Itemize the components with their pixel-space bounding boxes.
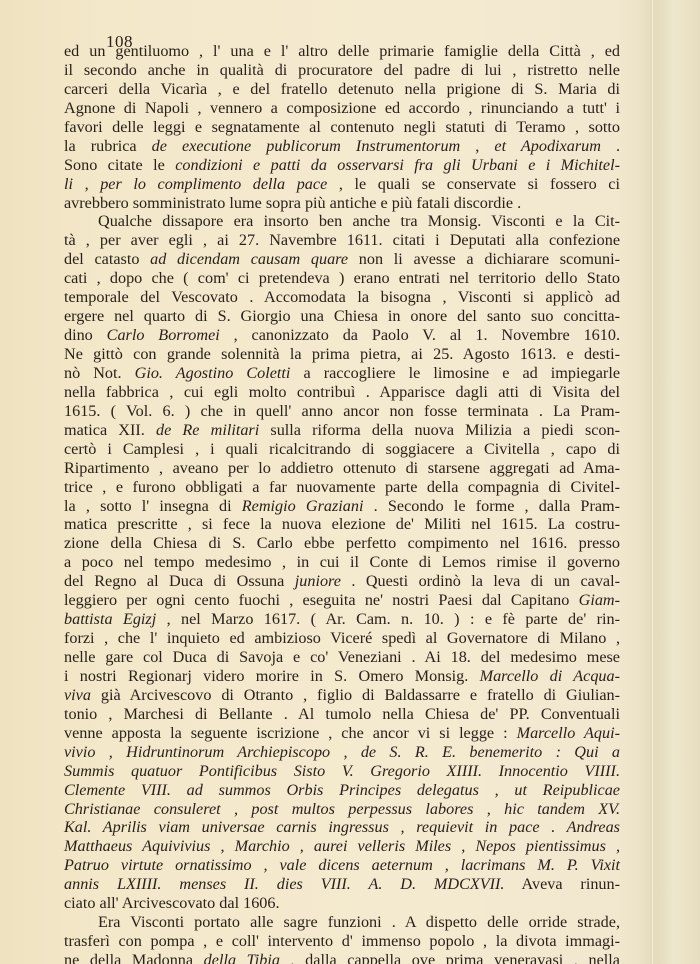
text-segment: avrebbero somministrato lume sopra più a… [64,194,521,212]
italic-text: ad dicendam causam quare [150,250,348,268]
text-line: matica XII. de Re militari sulla riforma… [64,421,620,440]
italic-text: condizioni e patti da osservarsi fra gli… [175,156,620,174]
text-line: del catasto ad dicendam causam quare non… [64,250,620,269]
text-line: vivio , Hidruntinorum Archiepiscopo , de… [64,743,620,762]
text-segment: Qualche dissapore era insorto ben anche … [98,212,620,230]
text-line: favori delle leggi e segnatamente al con… [64,118,620,137]
text-line: la rubrica de executione publicorum Inst… [64,137,620,156]
text-segment: Agnone di Napoli , vennero a composizion… [64,99,620,117]
text-segment: ciato all' Arcivescovato dal 1606. [64,894,280,912]
text-segment: , [460,137,494,155]
page-edge-shadow [640,0,700,964]
text-segment: non li avesse a dichiarare scomuni- [348,250,620,268]
text-line: nelle gare col Duca di Savoja e co' Vene… [64,648,620,667]
text-line: cati , dopo che ( com' ci pretendeva ) e… [64,269,620,288]
text-segment: Ripartimento , aveano per lo addietro ot… [64,459,620,477]
text-segment: , canonizzato da Paolo V. al 1. Novembre… [220,326,620,344]
text-line: Era Visconti portato alle sagre funzioni… [64,913,620,932]
text-segment: ed un gentiluomo , l' una e l' altro del… [64,42,620,60]
text-line: temporale del Vescovato . Accomodata la … [64,288,620,307]
text-segment: , nel Marzo 1617. ( Ar. Cam. n. 10. ) : … [156,610,620,628]
text-line: il secondo anche in qualità di procurato… [64,61,620,80]
italic-text: li , per lo complimento della pace [64,175,327,193]
text-segment: carceri della Vicarìa , e del fratello d… [64,80,620,98]
text-segment: Ne gittò con grande solennità la prima p… [64,345,620,363]
text-segment: . Questi ordinò la leva di un caval- [341,572,620,590]
text-segment: nella fabbrica , cui egli molto contribu… [64,383,620,401]
text-segment: a poco nel tempo medesimo , in cui il Co… [64,553,620,571]
italic-text: Marcello Aqui- [517,724,620,742]
text-line: zione della Chiesa di S. Carlo ebbe perf… [64,534,620,553]
text-line: Summis quatuor Pontificibus Sisto V. Gre… [64,762,620,781]
text-line: ed un gentiluomo , l' una e l' altro del… [64,42,620,61]
text-line: avrebbero somministrato lume sopra più a… [64,194,620,213]
text-segment: favori delle leggi e segnatamente al con… [64,118,620,136]
italic-text: Clemente VIII. ad summos Orbis Principes… [64,781,620,799]
text-line: Matthaeus Aquivivius , Marchio , aurei v… [64,837,620,856]
text-segment: i nostri Regionarj videro morire in S. O… [64,667,480,685]
text-line: Qualche dissapore era insorto ben anche … [64,212,620,231]
italic-text: viva [64,686,91,704]
text-segment: ne della Madonna [64,951,204,964]
text-segment: nò Not. [64,364,135,382]
text-segment: del Regno al Duca di Ossuna [64,572,295,590]
italic-text: Marcello di Acqua- [480,667,620,685]
text-line: matica prescritte , si fece la nuova ele… [64,515,620,534]
italic-text: della Tibia [204,951,280,964]
italic-text: juniore [295,572,341,590]
text-segment: ergere nel quarto di S. Giorgio una Chie… [64,307,620,325]
italic-text: Kal. Aprilis viam universae carnis ingre… [64,818,620,836]
text-segment: cati , dopo che ( com' ci pretendeva ) e… [64,269,620,287]
italic-text: Christianae consuleret , post multos per… [64,800,620,818]
text-segment: tonio , Marchesi di Bellante . Al tumolo… [64,705,620,723]
text-segment: il secondo anche in qualità di procurato… [64,61,620,79]
italic-text: Summis quatuor Pontificibus Sisto V. Gre… [64,762,620,780]
text-line: venne apposta la seguente iscrizione , c… [64,724,620,743]
text-line: leggiero per ogni cento fuochi , eseguit… [64,591,620,610]
italic-text: Giam- [579,591,620,609]
text-line: li , per lo complimento della pace , le … [64,175,620,194]
text-line: Sono citate le condizioni e patti da oss… [64,156,620,175]
text-segment: . Secondo le forme , dalla Pram- [364,497,621,515]
text-line: trice , e furono obbligati a far nuovame… [64,478,620,497]
text-segment: tà , per aver egli , ai 27. Navembre 161… [64,231,620,249]
italic-text: Patruo virtute ornatissimo , vale dicens… [64,856,620,874]
text-line: viva già Arcivescovo di Otranto , figlio… [64,686,620,705]
text-line: tà , per aver egli , ai 27. Navembre 161… [64,231,620,250]
text-segment: . [601,137,620,155]
text-line: Clemente VIII. ad summos Orbis Principes… [64,781,620,800]
text-line: trasferì con pompa , e coll' intervento … [64,932,620,951]
text-line: 1615. ( Vol. 6. ) che in quell' anno anc… [64,402,620,421]
text-line: Ripartimento , aveano per lo addietro ot… [64,459,620,478]
text-line: tonio , Marchesi di Bellante . Al tumolo… [64,705,620,724]
text-segment: la , sotto l' insegna di [64,497,242,515]
italic-text: battista Egizj [64,610,156,628]
text-segment: trasferì con pompa , e coll' intervento … [64,932,620,950]
text-segment: Sono citate le [64,156,175,174]
text-segment: matica prescritte , si fece la nuova ele… [64,515,620,533]
italic-text: et Apodixarum [494,137,600,155]
italic-text: Gio. Agostino Coletti [135,364,291,382]
text-line: annis LXIIII. menses II. dies VIII. A. D… [64,875,620,894]
text-segment: zione della Chiesa di S. Carlo ebbe perf… [64,534,620,552]
text-line: nella fabbrica , cui egli molto contribu… [64,383,620,402]
text-segment: , dalla cappella ove prima veneravasi , … [280,951,620,964]
text-line: Agnone di Napoli , vennero a composizion… [64,99,620,118]
text-segment: sulla riforma della nuova Milizia a pied… [259,421,620,439]
italic-text: annis LXIIII. menses II. dies VIII. A. D… [64,875,504,893]
text-line: nò Not. Gio. Agostino Coletti a raccogli… [64,364,620,383]
text-line: la , sotto l' insegna di Remigio Grazian… [64,497,620,516]
italic-text: de executione publicorum Instrumentorum [152,137,461,155]
text-segment: a raccogliere le limosine e ad impiegarl… [290,364,620,382]
text-line: ne della Madonna della Tibia , dalla cap… [64,951,620,964]
text-segment: nelle gare col Duca di Savoja e co' Vene… [64,648,620,666]
text-segment: dino [64,326,107,344]
text-line: forzi , che l' inquieto ed ambizioso Vic… [64,629,620,648]
text-segment: certò i Camplesi , i quali ricalcitrando… [64,440,620,458]
text-segment: già Arcivescovo di Otranto , figlio di B… [91,686,620,704]
text-line: ciato all' Arcivescovato dal 1606. [64,894,620,913]
italic-text: vivio , Hidruntinorum Archiepiscopo , de… [64,743,620,761]
text-segment: del catasto [64,250,150,268]
text-line: Christianae consuleret , post multos per… [64,800,620,819]
text-line: del Regno al Duca di Ossuna juniore . Qu… [64,572,620,591]
text-segment: leggiero per ogni cento fuochi , eseguit… [64,591,579,609]
italic-text: de Re militari [156,421,259,439]
text-line: a poco nel tempo medesimo , in cui il Co… [64,553,620,572]
text-segment: trice , e furono obbligati a far nuovame… [64,478,620,496]
text-segment: Era Visconti portato alle sagre funzioni… [98,913,620,931]
text-line: certò i Camplesi , i quali ricalcitrando… [64,440,620,459]
text-segment: la rubrica [64,137,152,155]
text-segment: venne apposta la seguente iscrizione , c… [64,724,517,742]
text-segment: matica XII. [64,421,156,439]
text-line: Ne gittò con grande solennità la prima p… [64,345,620,364]
italic-text: Remigio Graziani [242,497,364,515]
text-line: Kal. Aprilis viam universae carnis ingre… [64,818,620,837]
text-line: Patruo virtute ornatissimo , vale dicens… [64,856,620,875]
page-fold [651,0,654,964]
text-line: i nostri Regionarj videro morire in S. O… [64,667,620,686]
text-segment: 1615. ( Vol. 6. ) che in quell' anno anc… [64,402,620,420]
text-segment: forzi , che l' inquieto ed ambizioso Vic… [64,629,620,647]
text-line: carceri della Vicarìa , e del fratello d… [64,80,620,99]
text-line: battista Egizj , nel Marzo 1617. ( Ar. C… [64,610,620,629]
body-text: ed un gentiluomo , l' una e l' altro del… [64,42,620,964]
text-segment: temporale del Vescovato . Accomodata la … [64,288,620,306]
text-line: dino Carlo Borromei , canonizzato da Pao… [64,326,620,345]
text-line: ergere nel quarto di S. Giorgio una Chie… [64,307,620,326]
text-segment: , le quali se conservate si fossero ci [327,175,620,193]
italic-text: Carlo Borromei [107,326,220,344]
italic-text: Matthaeus Aquivivius , Marchio , aurei v… [64,837,620,855]
text-segment: Aveva rinun- [504,875,620,893]
